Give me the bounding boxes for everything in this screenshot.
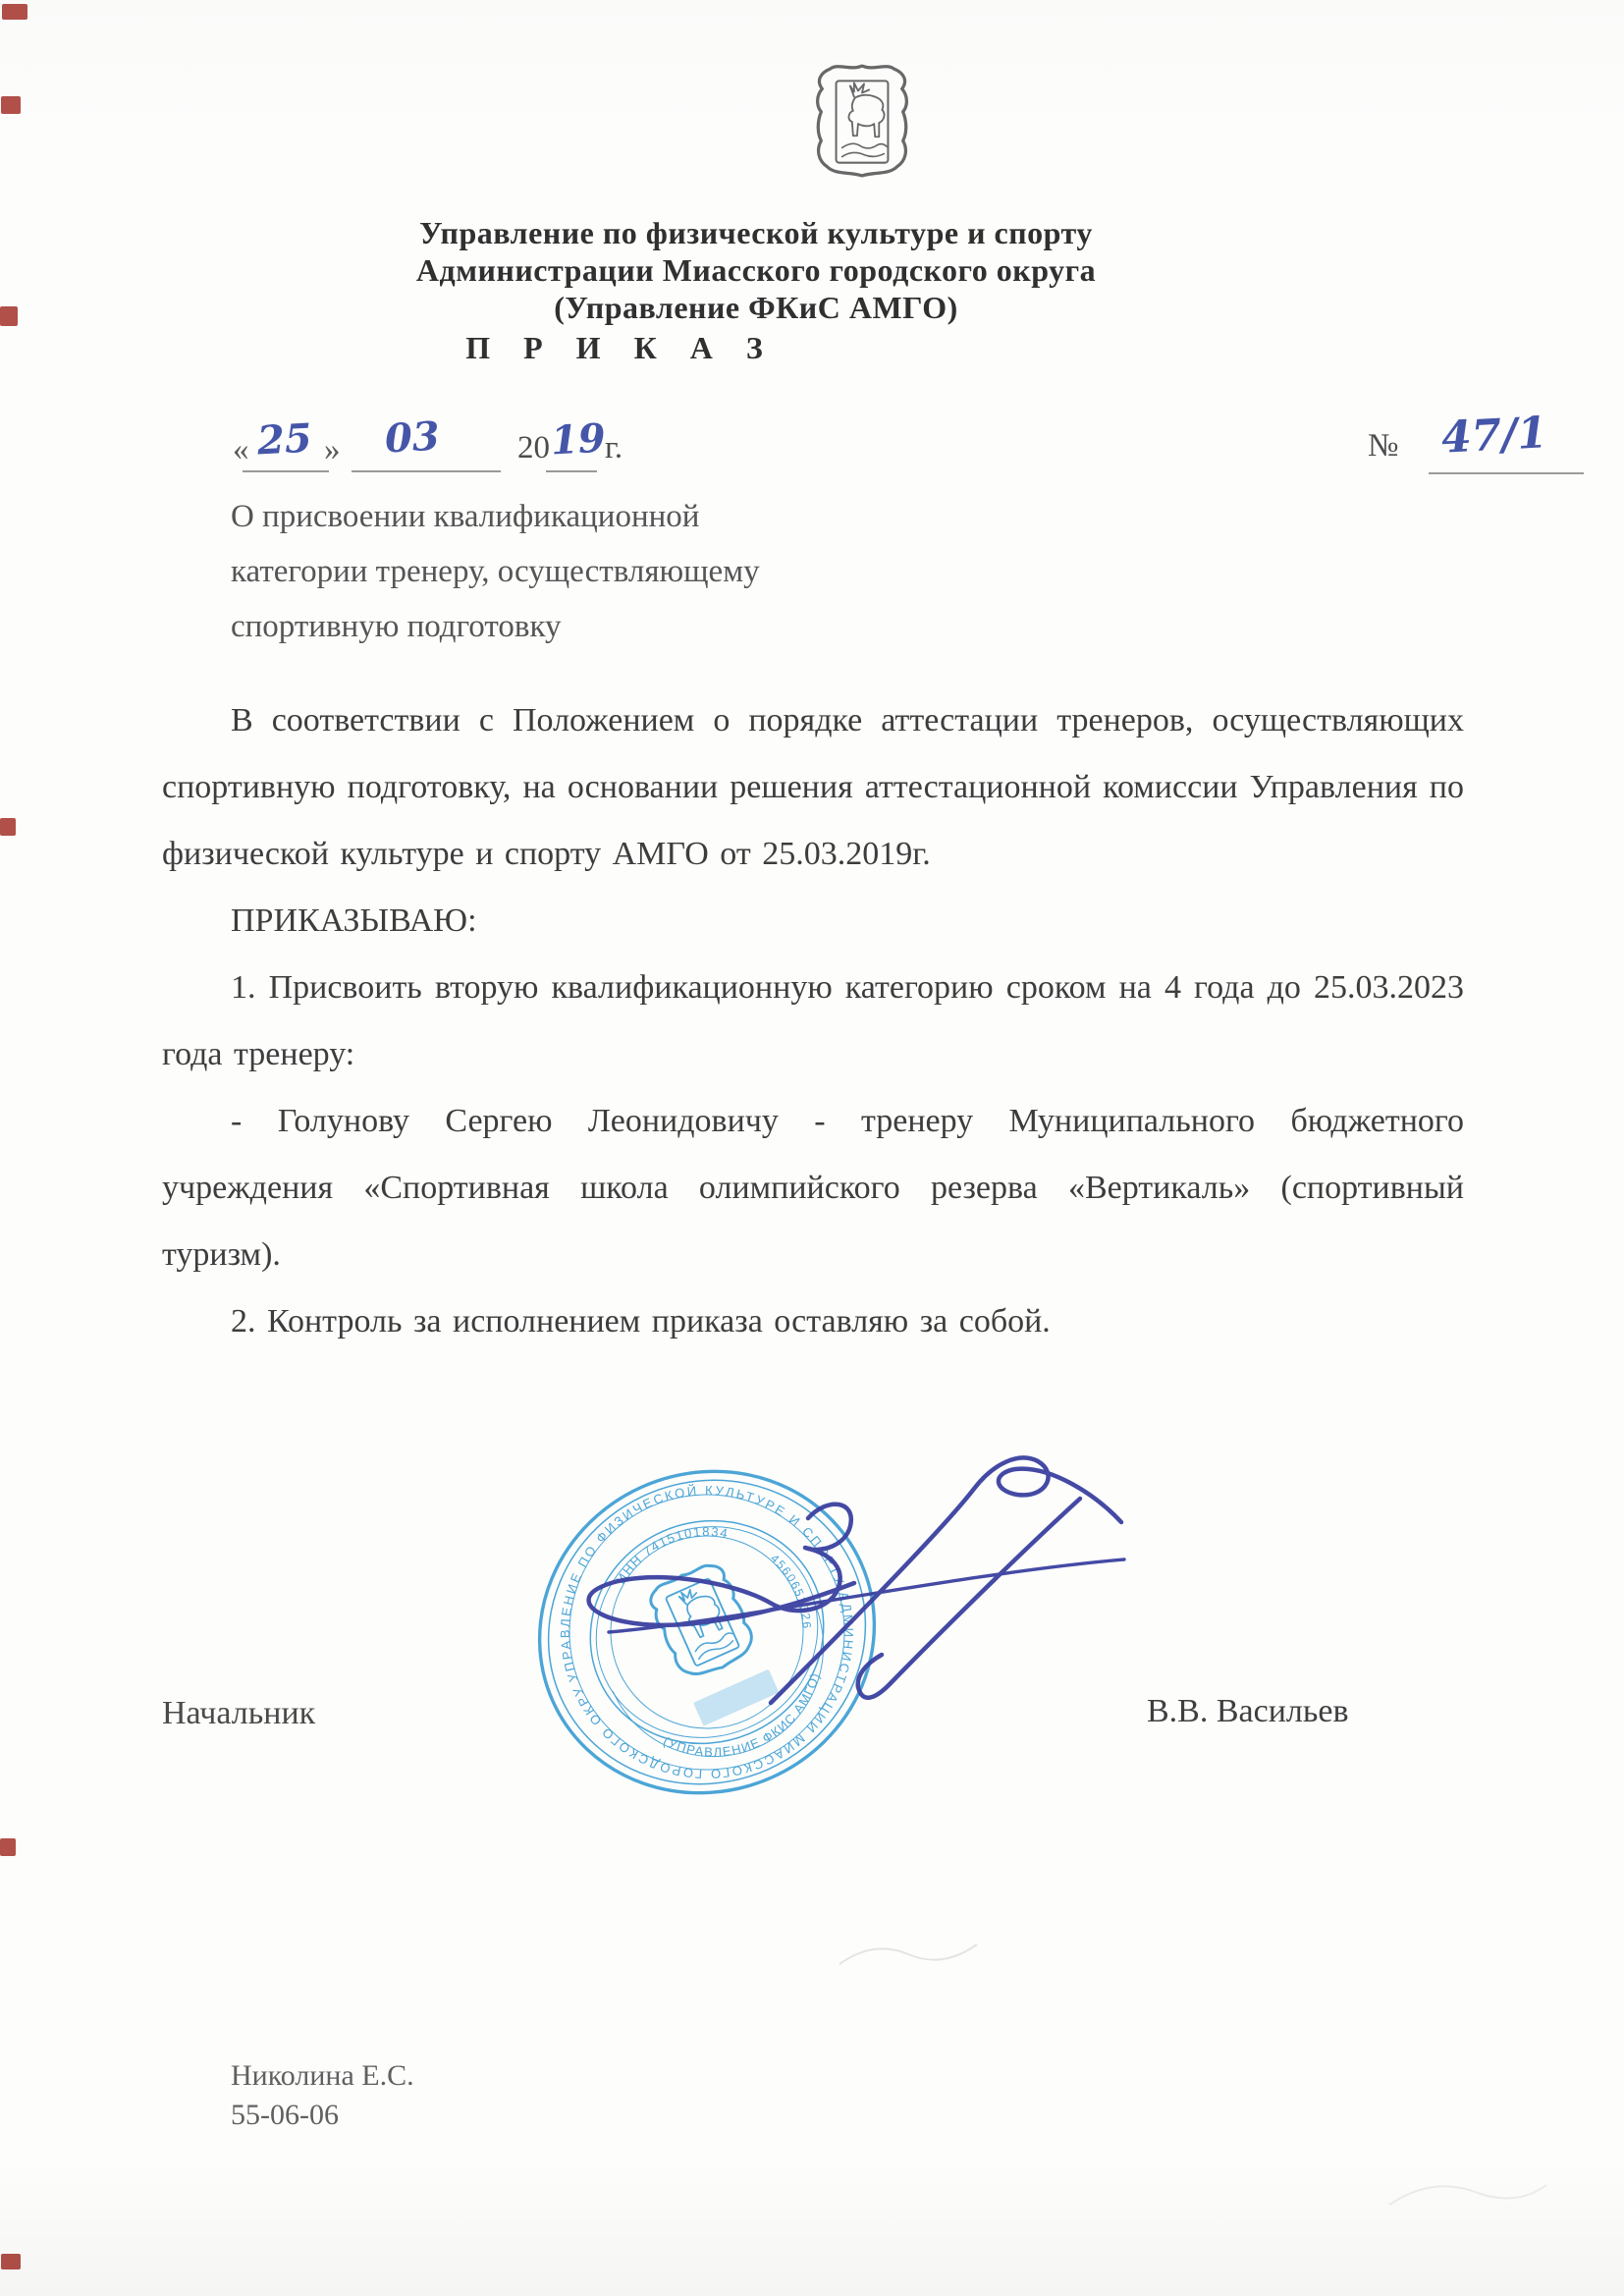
date-close-quote: » — [324, 432, 341, 468]
body-order-word: ПРИКАЗЫВАЮ: — [162, 888, 1464, 955]
subject-line2: категории тренеру, осуществляющему — [231, 544, 859, 599]
date-day-underline — [243, 469, 329, 472]
org-name-line2: Администрации Миасского городского округ… — [275, 251, 1237, 289]
date-month-handwritten: 03 — [384, 413, 441, 463]
scan-artifact-mark — [0, 306, 18, 326]
body-item-1: 1. Присвоить вторую квалификационную кат… — [162, 955, 1464, 1088]
executor-name: Николина Е.С. — [231, 2056, 414, 2096]
pencil-mark — [1384, 2165, 1551, 2214]
date-year-underline — [546, 469, 597, 472]
executor-phone: 55-06-06 — [231, 2096, 414, 2135]
order-number-label: № — [1368, 428, 1399, 465]
scan-artifact-mark — [2, 4, 27, 20]
signer-position: Начальник — [162, 1695, 315, 1732]
date-open-quote: « — [233, 432, 249, 468]
order-number-handwritten: 47/1 — [1440, 408, 1548, 464]
scan-artifact-mark — [0, 1838, 16, 1856]
executor-block: Николина Е.С. 55-06-06 — [231, 2056, 414, 2135]
document-type-title: П Р И К А З — [139, 329, 1102, 366]
date-year-printed: 20 — [517, 430, 550, 466]
signature-ink — [550, 1436, 1139, 1775]
document-header: Управление по физической культуре и спор… — [275, 214, 1237, 366]
scan-artifact-mark — [1, 96, 21, 114]
org-name-line1: Управление по физической культуре и спор… — [275, 214, 1237, 251]
body-item-1-sub: - Голунову Сергею Леонидовичу - тренеру … — [162, 1088, 1464, 1288]
subject-line3: спортивную подготовку — [231, 599, 859, 654]
scan-artifact-mark — [0, 818, 16, 836]
coat-of-arms-icon — [811, 61, 913, 181]
order-subject: О присвоении квалификационной категории … — [231, 489, 859, 654]
scanned-order-document: Управление по физической культуре и спор… — [0, 0, 1624, 2296]
body-paragraph-preamble: В соответствии с Положением о порядке ат… — [162, 687, 1464, 888]
subject-line1: О присвоении квалификационной — [231, 489, 859, 544]
order-number-underline — [1429, 471, 1584, 474]
order-body: В соответствии с Положением о порядке ат… — [162, 687, 1464, 1355]
date-month-underline — [352, 469, 501, 472]
date-day-handwritten: 25 — [256, 415, 313, 465]
body-item-2: 2. Контроль за исполнением приказа остав… — [162, 1288, 1464, 1355]
org-name-line3: (Управление ФКиС АМГО) — [275, 289, 1237, 326]
signer-name: В.В. Васильев — [1147, 1693, 1349, 1730]
date-year-handwritten: 19 — [550, 415, 607, 465]
date-year-suffix: г. — [605, 430, 623, 466]
scan-artifact-mark — [1, 2254, 21, 2269]
pencil-mark — [835, 1930, 982, 1974]
